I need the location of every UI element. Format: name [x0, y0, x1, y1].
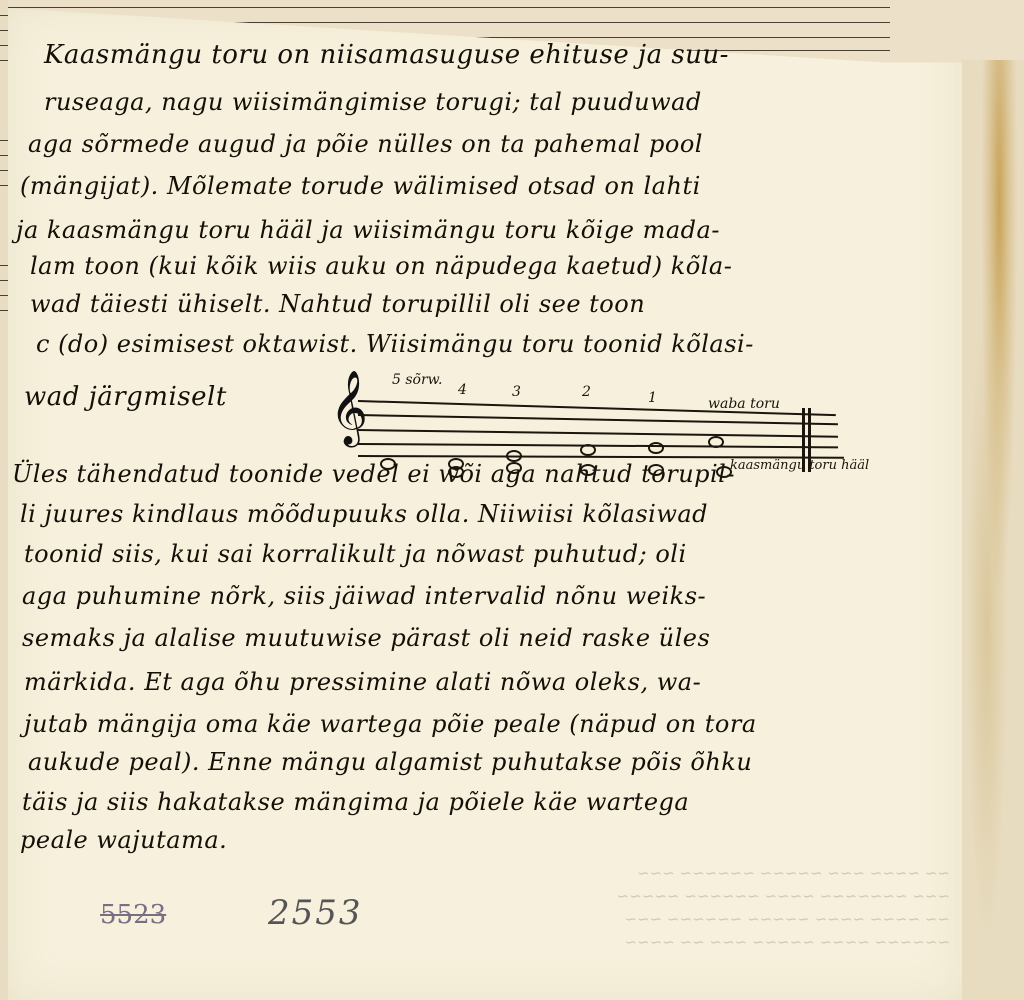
bleed-through-text: ~~ ~~~~ ~~~ ~~~~~ ~~~~~~ ~~~~~~ ~~~~~~~ …	[590, 862, 950, 954]
text-line: wad täiesti ühiselt. Nahtud torupillil o…	[30, 290, 645, 318]
tick	[0, 170, 8, 171]
drone-label: kaasmängu toru hääl	[730, 458, 869, 473]
text-line: (mängijat). Mõlemate torude wälimised ot…	[20, 172, 701, 200]
staff-line	[358, 429, 838, 438]
text-line: märkida. Et aga õhu pressimine alati nõw…	[24, 668, 701, 696]
text-line: toonid siis, kui sai korralikult ja nõwa…	[24, 540, 687, 568]
note	[380, 458, 396, 470]
tick	[0, 30, 8, 31]
text-line: aukude peal). Enne mängu algamist puhuta…	[28, 748, 752, 776]
drone-note	[648, 464, 664, 476]
staff-rule	[0, 7, 890, 8]
tick	[0, 140, 8, 141]
drone-note	[448, 466, 464, 478]
tick	[0, 60, 8, 61]
tick	[0, 265, 8, 266]
text-line: aga sõrmede augud ja põie nülles on ta p…	[28, 130, 703, 158]
staff-line	[358, 414, 838, 425]
tick	[0, 45, 8, 46]
text-line: peale wajutama.	[20, 826, 227, 854]
text-line: c (do) esimisest oktawist. Wiisimängu to…	[36, 330, 754, 358]
staff-line	[358, 443, 838, 448]
note	[708, 436, 724, 448]
text-line: täis ja siis hakatakse mängima ja põiele…	[22, 788, 689, 816]
tick	[0, 295, 8, 296]
text-line: ja kaasmängu toru hääl ja wiisimängu tor…	[16, 216, 720, 244]
text-line: lam toon (kui kõik wiis auku on näpudega…	[30, 252, 732, 280]
archive-number: 2553	[268, 893, 363, 933]
note	[648, 442, 664, 454]
open-tone-label: waba toru	[708, 396, 780, 412]
tick	[0, 280, 8, 281]
note	[580, 444, 596, 456]
stained-paper-edge	[962, 60, 1024, 1000]
tick	[0, 155, 8, 156]
text-line: Kaasmängu toru on niisamasuguse ehituse …	[44, 40, 729, 70]
music-staff: 𝄞 5 sõrw. 4 3 2 1 waba toru kaasmängu to…	[330, 378, 850, 478]
finger-label-4: 4	[458, 382, 467, 398]
text-line: ruseaga, nagu wiisimängimise torugi; tal…	[44, 88, 702, 116]
note	[506, 450, 522, 462]
finger-label-5: 5 sõrw.	[392, 372, 442, 388]
finger-label-1: 1	[648, 390, 657, 406]
tick	[0, 310, 8, 311]
archive-number-struck: 5523	[100, 900, 166, 930]
tick	[0, 185, 8, 186]
drone-note	[580, 464, 596, 476]
finger-label-2: 2	[582, 384, 591, 400]
left-ruled-edge	[0, 0, 8, 1000]
text-line: aga puhumine nõrk, siis jäiwad intervali…	[22, 582, 706, 610]
text-line: jutab mängija oma käe wartega põie peale…	[24, 710, 757, 738]
text-line: semaks ja alalise muutuwise pärast oli n…	[22, 624, 710, 652]
text-line: li juures kindlaus mõõdupuuks olla. Niiw…	[20, 500, 708, 528]
text-line: wad järgmiselt	[24, 382, 227, 412]
finger-label-3: 3	[512, 384, 521, 400]
drone-note	[506, 462, 522, 474]
tick	[0, 15, 8, 16]
